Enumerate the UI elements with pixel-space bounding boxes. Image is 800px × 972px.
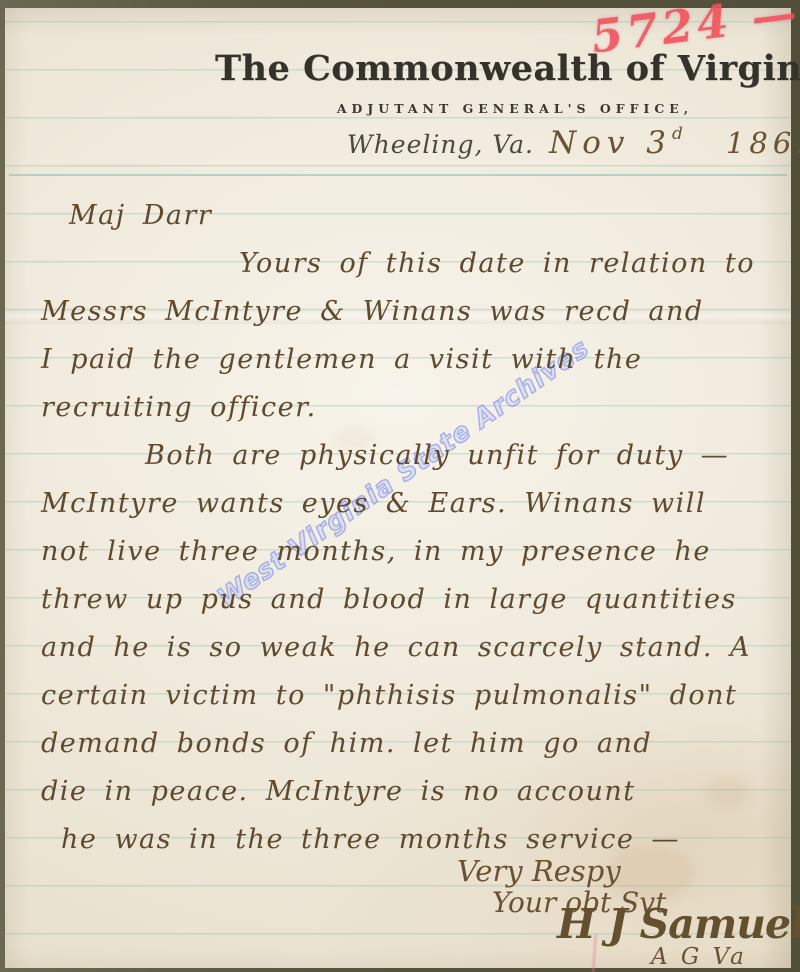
letterhead-place: Wheeling, Va. xyxy=(347,130,534,159)
handwritten-date-year: 1862 xyxy=(726,126,800,160)
letter-line: recruiting officer. xyxy=(41,384,786,432)
letter-line: McIntyre wants eyes & Ears. Winans will xyxy=(41,480,786,528)
header-rule-line xyxy=(9,174,787,176)
letter-paper: 5724 — The Commonwealth of Virginia. ADJ… xyxy=(5,8,791,968)
letterhead: The Commonwealth of Virginia. ADJUTANT G… xyxy=(215,48,800,161)
salutation: Maj Darr xyxy=(69,192,786,240)
letterhead-office: ADJUTANT GENERAL'S OFFICE, xyxy=(215,101,800,116)
handwritten-date-day: Nov 3 xyxy=(549,125,672,161)
closing-very-respectfully: Very Respy xyxy=(457,854,621,888)
letter-line: not live three months, in my presence he xyxy=(41,528,786,576)
letter-line: Both are physically unfit for duty — xyxy=(41,432,786,480)
letter-line: demand bonds of him. let him go and xyxy=(41,720,786,768)
letter-line: I paid the gentlemen a visit with the xyxy=(41,336,786,384)
letterhead-organization: The Commonwealth of Virginia. xyxy=(215,48,800,89)
letter-line: threw up pus and blood in large quantiti… xyxy=(41,576,786,624)
handwritten-date-ordinal: d xyxy=(672,124,683,144)
letter-line: certain victim to "phthisis pulmonalis" … xyxy=(41,672,786,720)
signature-title: A G Va xyxy=(651,944,747,970)
letter-line: die in peace. McIntyre is no account xyxy=(41,768,786,816)
letter-line: Messrs McIntyre & Winans was recd and xyxy=(41,288,786,336)
signature: H J Samuels xyxy=(557,900,800,948)
letter-line: he was in the three months service — xyxy=(41,816,786,864)
letterhead-place-date: Wheeling, Va. Nov 3d 1862 xyxy=(215,124,800,161)
letter-line: Yours of this date in relation to xyxy=(41,240,786,288)
letter-line: and he is so weak he can scarcely stand.… xyxy=(41,624,786,672)
scanned-letter-page: { "page": { "archive_number": "5724 —", … xyxy=(0,0,800,972)
letter-body: Maj Darr Yours of this date in relation … xyxy=(41,192,786,864)
